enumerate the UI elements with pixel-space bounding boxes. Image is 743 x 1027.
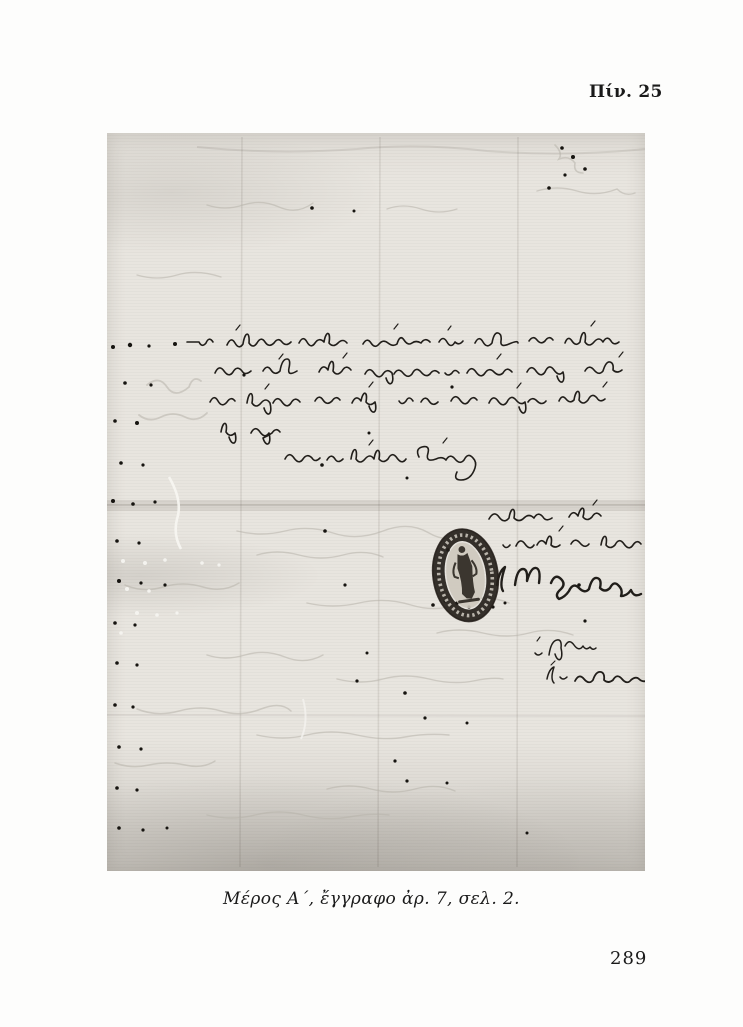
official-signature <box>489 500 641 599</box>
book-page: Πίν. 25 <box>0 0 743 1027</box>
white-crease <box>169 477 306 739</box>
ink-specks <box>111 146 587 834</box>
secretary-signature <box>535 637 645 683</box>
fold-creases <box>107 137 645 867</box>
ghost-bleedthrough <box>115 145 635 819</box>
handwritten-body <box>187 321 623 480</box>
caption: Μέρος Α΄, ἔγγραφο ἀρ. 7, σελ. 2. <box>0 889 743 909</box>
plate-label: Πίν. 25 <box>589 82 663 102</box>
pinholes <box>119 558 220 635</box>
document-photo <box>107 133 645 871</box>
page-number: 289 <box>610 948 647 969</box>
seal <box>427 525 504 626</box>
